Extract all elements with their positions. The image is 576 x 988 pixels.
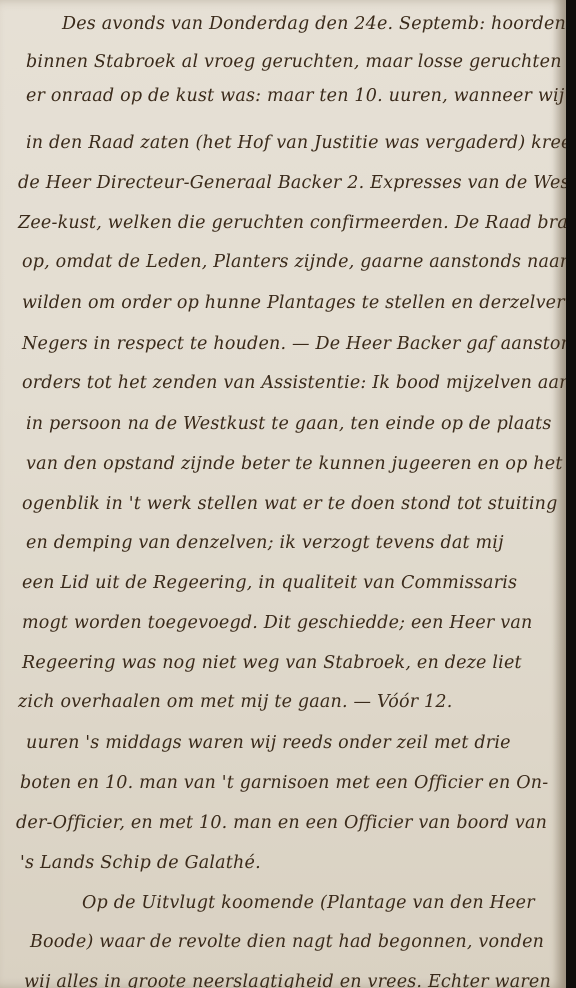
text-line: van den opstand zijnde beter te kunnen j… — [26, 454, 563, 474]
text-line: der-Officier, en met 10. man en een Offi… — [16, 813, 547, 833]
text-line: en demping van denzelven; ik verzogt tev… — [26, 533, 504, 553]
text-line: wij alles in groote neerslagtigheid en v… — [24, 972, 551, 988]
text-line: uuren 's middags waren wij reeds onder z… — [26, 733, 511, 753]
text-line: Regeering was nog niet weg van Stabroek,… — [22, 653, 522, 673]
manuscript-page: Des avonds van Donderdag den 24e. Septem… — [0, 0, 566, 988]
text-line: orders tot het zenden van Assistentie: I… — [22, 373, 576, 393]
text-line: binnen Stabroek al vroeg geruchten, maar… — [26, 52, 576, 72]
text-line: Negers in respect te houden. — De Heer B… — [22, 334, 576, 354]
text-line: wilden om order op hunne Plantages te st… — [22, 293, 565, 313]
text-line: Boode) waar de revolte dien nagt had beg… — [30, 932, 544, 952]
text-line: in persoon na de Westkust te gaan, ten e… — [26, 414, 552, 434]
text-line: een Lid uit de Regeering, in qualiteit v… — [22, 573, 517, 593]
text-line: Des avonds van Donderdag den 24e. Septem… — [62, 14, 576, 34]
text-line: Op de Uitvlugt koomende (Plantage van de… — [82, 893, 535, 913]
text-line: de Heer Directeur-Generaal Backer 2. Exp… — [18, 173, 576, 193]
text-line: er onraad op de kust was: maar ten 10. u… — [26, 86, 564, 106]
page-binding-edge — [566, 0, 576, 988]
text-line: 's Lands Schip de Galathé. — [20, 853, 261, 873]
text-line: op, omdat de Leden, Planters zijnde, gaa… — [22, 252, 576, 272]
text-line: zich overhaalen om met mij te gaan. — Vó… — [18, 692, 452, 712]
text-line: ogenblik in 't werk stellen wat er te do… — [22, 494, 558, 514]
text-line: mogt worden toegevoegd. Dit geschiedde; … — [22, 613, 532, 633]
text-line: boten en 10. man van 't garnisoen met ee… — [20, 773, 548, 793]
text-line: Zee-kust, welken die geruchten confirmee… — [18, 213, 576, 233]
text-line: in den Raad zaten (het Hof van Justitie … — [26, 133, 576, 153]
